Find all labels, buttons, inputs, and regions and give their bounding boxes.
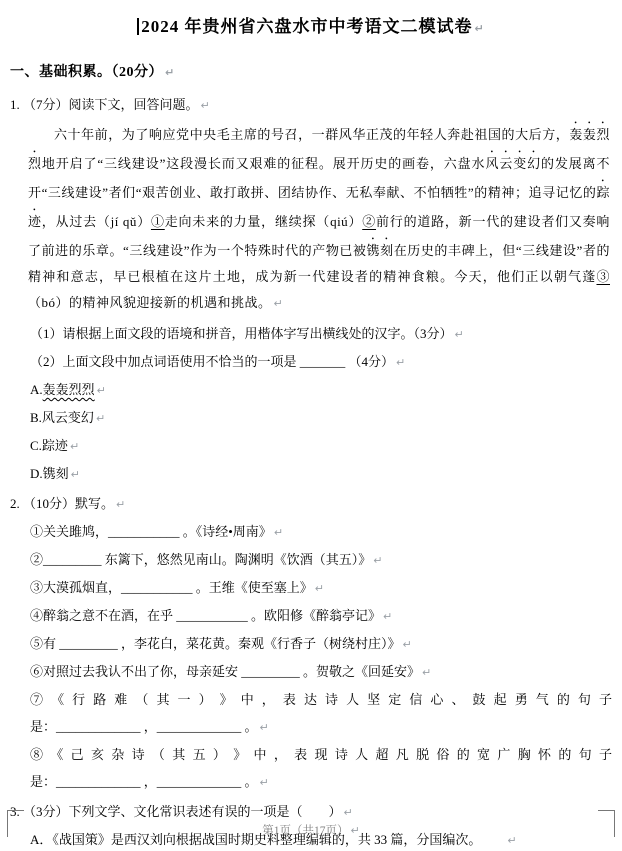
page-number-text: 第1页（共17页） xyxy=(262,825,348,837)
option-text: 风云变幻 xyxy=(42,410,94,425)
pilcrow-icon: ↵ xyxy=(475,22,485,35)
pilcrow-icon: ↵ xyxy=(403,638,412,651)
option-text: 轰轰烈烈 xyxy=(43,382,95,397)
pilcrow-icon: ↵ xyxy=(116,498,125,511)
question-1-sub-2-text: （2）上面文段中加点词语使用不恰当的一项是 _______ （4分） xyxy=(30,354,394,369)
dictation-item-text: ②_________ 东篱下，悠然见南山。陶渊明《饮酒（其五）》 xyxy=(30,552,371,567)
emphasized-word: 风云变幻 xyxy=(485,156,541,171)
pilcrow-icon: ↵ xyxy=(274,526,283,539)
pilcrow-icon: ↵ xyxy=(260,776,269,789)
dictation-item-text: ⑦ 《 行 路 难 （ 其 一 ） 》 中 ， 表 达 诗 人 坚 定 信 心 … xyxy=(30,692,612,707)
page-title: 2024 年贵州省六盘水市中考语文二模试卷↵ xyxy=(0,0,622,37)
question-1-sub-2: （2）上面文段中加点词语使用不恰当的一项是 _______ （4分）↵ xyxy=(30,352,612,373)
pilcrow-icon: ↵ xyxy=(422,666,431,679)
text-cursor-icon xyxy=(137,18,139,35)
option-row-a: A.轰轰烈烈↵ xyxy=(30,380,612,401)
option-row-c: C.踪迹↵ xyxy=(30,436,612,457)
dictation-item-2: ②_________ 东篱下，悠然见南山。陶渊明《饮酒（其五）》↵ xyxy=(30,550,612,571)
page-number: 第1页（共17页）↵ xyxy=(0,822,622,838)
dictation-item-8-answer-line: 是：_____________ ，_____________ 。↵ xyxy=(30,772,612,793)
emphasized-word: 镌刻 xyxy=(367,243,394,258)
pilcrow-icon: ↵ xyxy=(455,328,464,341)
dictation-item-text: ⑧ 《 己 亥 杂 诗 （ 其 五 ） 》 中 ， 表 现 诗 人 超 凡 脱 … xyxy=(30,747,612,762)
dictation-item-text: ⑥对照过去我认不出了你，母亲延安 _________ 。贺敬之《回延安》 xyxy=(30,664,420,679)
pilcrow-icon: ↵ xyxy=(315,582,324,595)
text-segment: 走向未来的力量，继续探（qiú） xyxy=(165,214,362,229)
dictation-item-text: ③大漠孤烟直，___________ 。王维《使至塞上》 xyxy=(30,580,313,595)
section-heading: 一、基础积累。（20分）↵ xyxy=(10,63,622,82)
dictation-item-text: ①关关雎鸠，___________ 。《诗经•周南》 xyxy=(30,524,272,539)
option-label: D. xyxy=(30,466,43,481)
question-1-sub-1-text: （1）请根据上面文段的语境和拼音，用楷体字写出横线处的汉字。（3分） xyxy=(30,326,453,341)
pilcrow-icon: ↵ xyxy=(71,468,80,481)
dictation-item-1: ①关关雎鸠，___________ 。《诗经•周南》↵ xyxy=(30,522,612,543)
option-text: 踪迹 xyxy=(42,438,68,453)
blank-marker: ③ xyxy=(596,269,610,284)
text-segment: 地开启了“三线建设”这段漫长而又艰难的征程。展开历史的画卷，六盘水 xyxy=(42,156,486,171)
text-segment: 六十年前，为了响应党中央毛主席的号召，一群风华正茂的年轻人奔赴祖国的大后方， xyxy=(54,127,569,142)
option-label: A. xyxy=(30,382,43,397)
dictation-item-7: ⑦ 《 行 路 难 （ 其 一 ） 》 中 ， 表 达 诗 人 坚 定 信 心 … xyxy=(30,690,612,710)
dictation-item-4: ④醉翁之意不在酒，在乎 ___________ 。欧阳修《醉翁亭记》↵ xyxy=(30,606,612,627)
option-text: 镌刻 xyxy=(43,466,69,481)
pilcrow-icon: ↵ xyxy=(96,412,105,425)
pilcrow-icon: ↵ xyxy=(373,554,382,567)
question-1-stem: 1. （7分）阅读下文，回答问题。↵ xyxy=(10,95,622,116)
pilcrow-icon: ↵ xyxy=(351,824,360,837)
question-1-stem-text: 1. （7分）阅读下文，回答问题。 xyxy=(10,97,199,112)
text-segment: ，从过去（jí qǔ） xyxy=(42,214,151,229)
section-heading-text: 一、基础积累。（20分） xyxy=(10,65,163,80)
pilcrow-icon: ↵ xyxy=(396,356,405,369)
pilcrow-icon: ↵ xyxy=(274,297,284,310)
blank-marker: ② xyxy=(362,214,376,229)
blank-marker: ① xyxy=(151,214,165,229)
dictation-item-text: 是：_____________ ，_____________ 。 xyxy=(30,774,258,789)
question-3-stem: 3. （3分）下列文学、文化常识表述有误的一项是（ ）↵ xyxy=(10,802,622,823)
dictation-item-7-answer-line: 是：_____________ ，_____________ 。↵ xyxy=(30,717,612,738)
pilcrow-icon: ↵ xyxy=(201,99,210,112)
option-label: C. xyxy=(30,438,42,453)
dictation-item-text: ⑤有 _________ ，李花白，菜花黄。秦观《行香子（树绕村庄）》 xyxy=(30,636,401,651)
dictation-item-8: ⑧ 《 己 亥 杂 诗 （ 其 五 ） 》 中 ， 表 现 诗 人 超 凡 脱 … xyxy=(30,745,612,765)
option-row-b: B.风云变幻↵ xyxy=(30,408,612,429)
pilcrow-icon: ↵ xyxy=(383,610,392,623)
option-label: B. xyxy=(30,410,42,425)
pilcrow-icon: ↵ xyxy=(97,384,106,397)
dictation-item-3: ③大漠孤烟直，___________ 。王维《使至塞上》↵ xyxy=(30,578,612,599)
dictation-item-text: ④醉翁之意不在酒，在乎 ___________ 。欧阳修《醉翁亭记》 xyxy=(30,608,381,623)
text-segment: （bó）的精神风貌迎接新的机遇和挑战。 xyxy=(28,295,272,310)
reading-passage: 六十年前，为了响应党中央毛主席的号召，一群风华正茂的年轻人奔赴祖国的大后方，轰轰… xyxy=(28,119,610,317)
pilcrow-icon: ↵ xyxy=(344,806,353,819)
question-2-stem-text: 2. （10分）默写。 xyxy=(10,496,114,511)
question-2-stem: 2. （10分）默写。↵ xyxy=(10,494,622,515)
pilcrow-icon: ↵ xyxy=(70,440,79,453)
question-3-stem-text: 3. （3分）下列文学、文化常识表述有误的一项是（ ） xyxy=(10,804,342,819)
document-page: 2024 年贵州省六盘水市中考语文二模试卷↵ 一、基础积累。（20分）↵ 1. … xyxy=(0,0,622,851)
option-row-d: D.镌刻↵ xyxy=(30,464,612,485)
page-title-text: 2024 年贵州省六盘水市中考语文二模试卷 xyxy=(141,17,472,36)
pilcrow-icon: ↵ xyxy=(165,66,175,79)
pilcrow-icon: ↵ xyxy=(260,721,269,734)
question-1-sub-1: （1）请根据上面文段的语境和拼音，用楷体字写出横线处的汉字。（3分）↵ xyxy=(30,324,612,345)
dictation-item-text: 是：_____________ ，_____________ 。 xyxy=(30,719,258,734)
dictation-item-5: ⑤有 _________ ，李花白，菜花黄。秦观《行香子（树绕村庄）》↵ xyxy=(30,634,612,655)
dictation-item-6: ⑥对照过去我认不出了你，母亲延安 _________ 。贺敬之《回延安》↵ xyxy=(30,662,612,683)
